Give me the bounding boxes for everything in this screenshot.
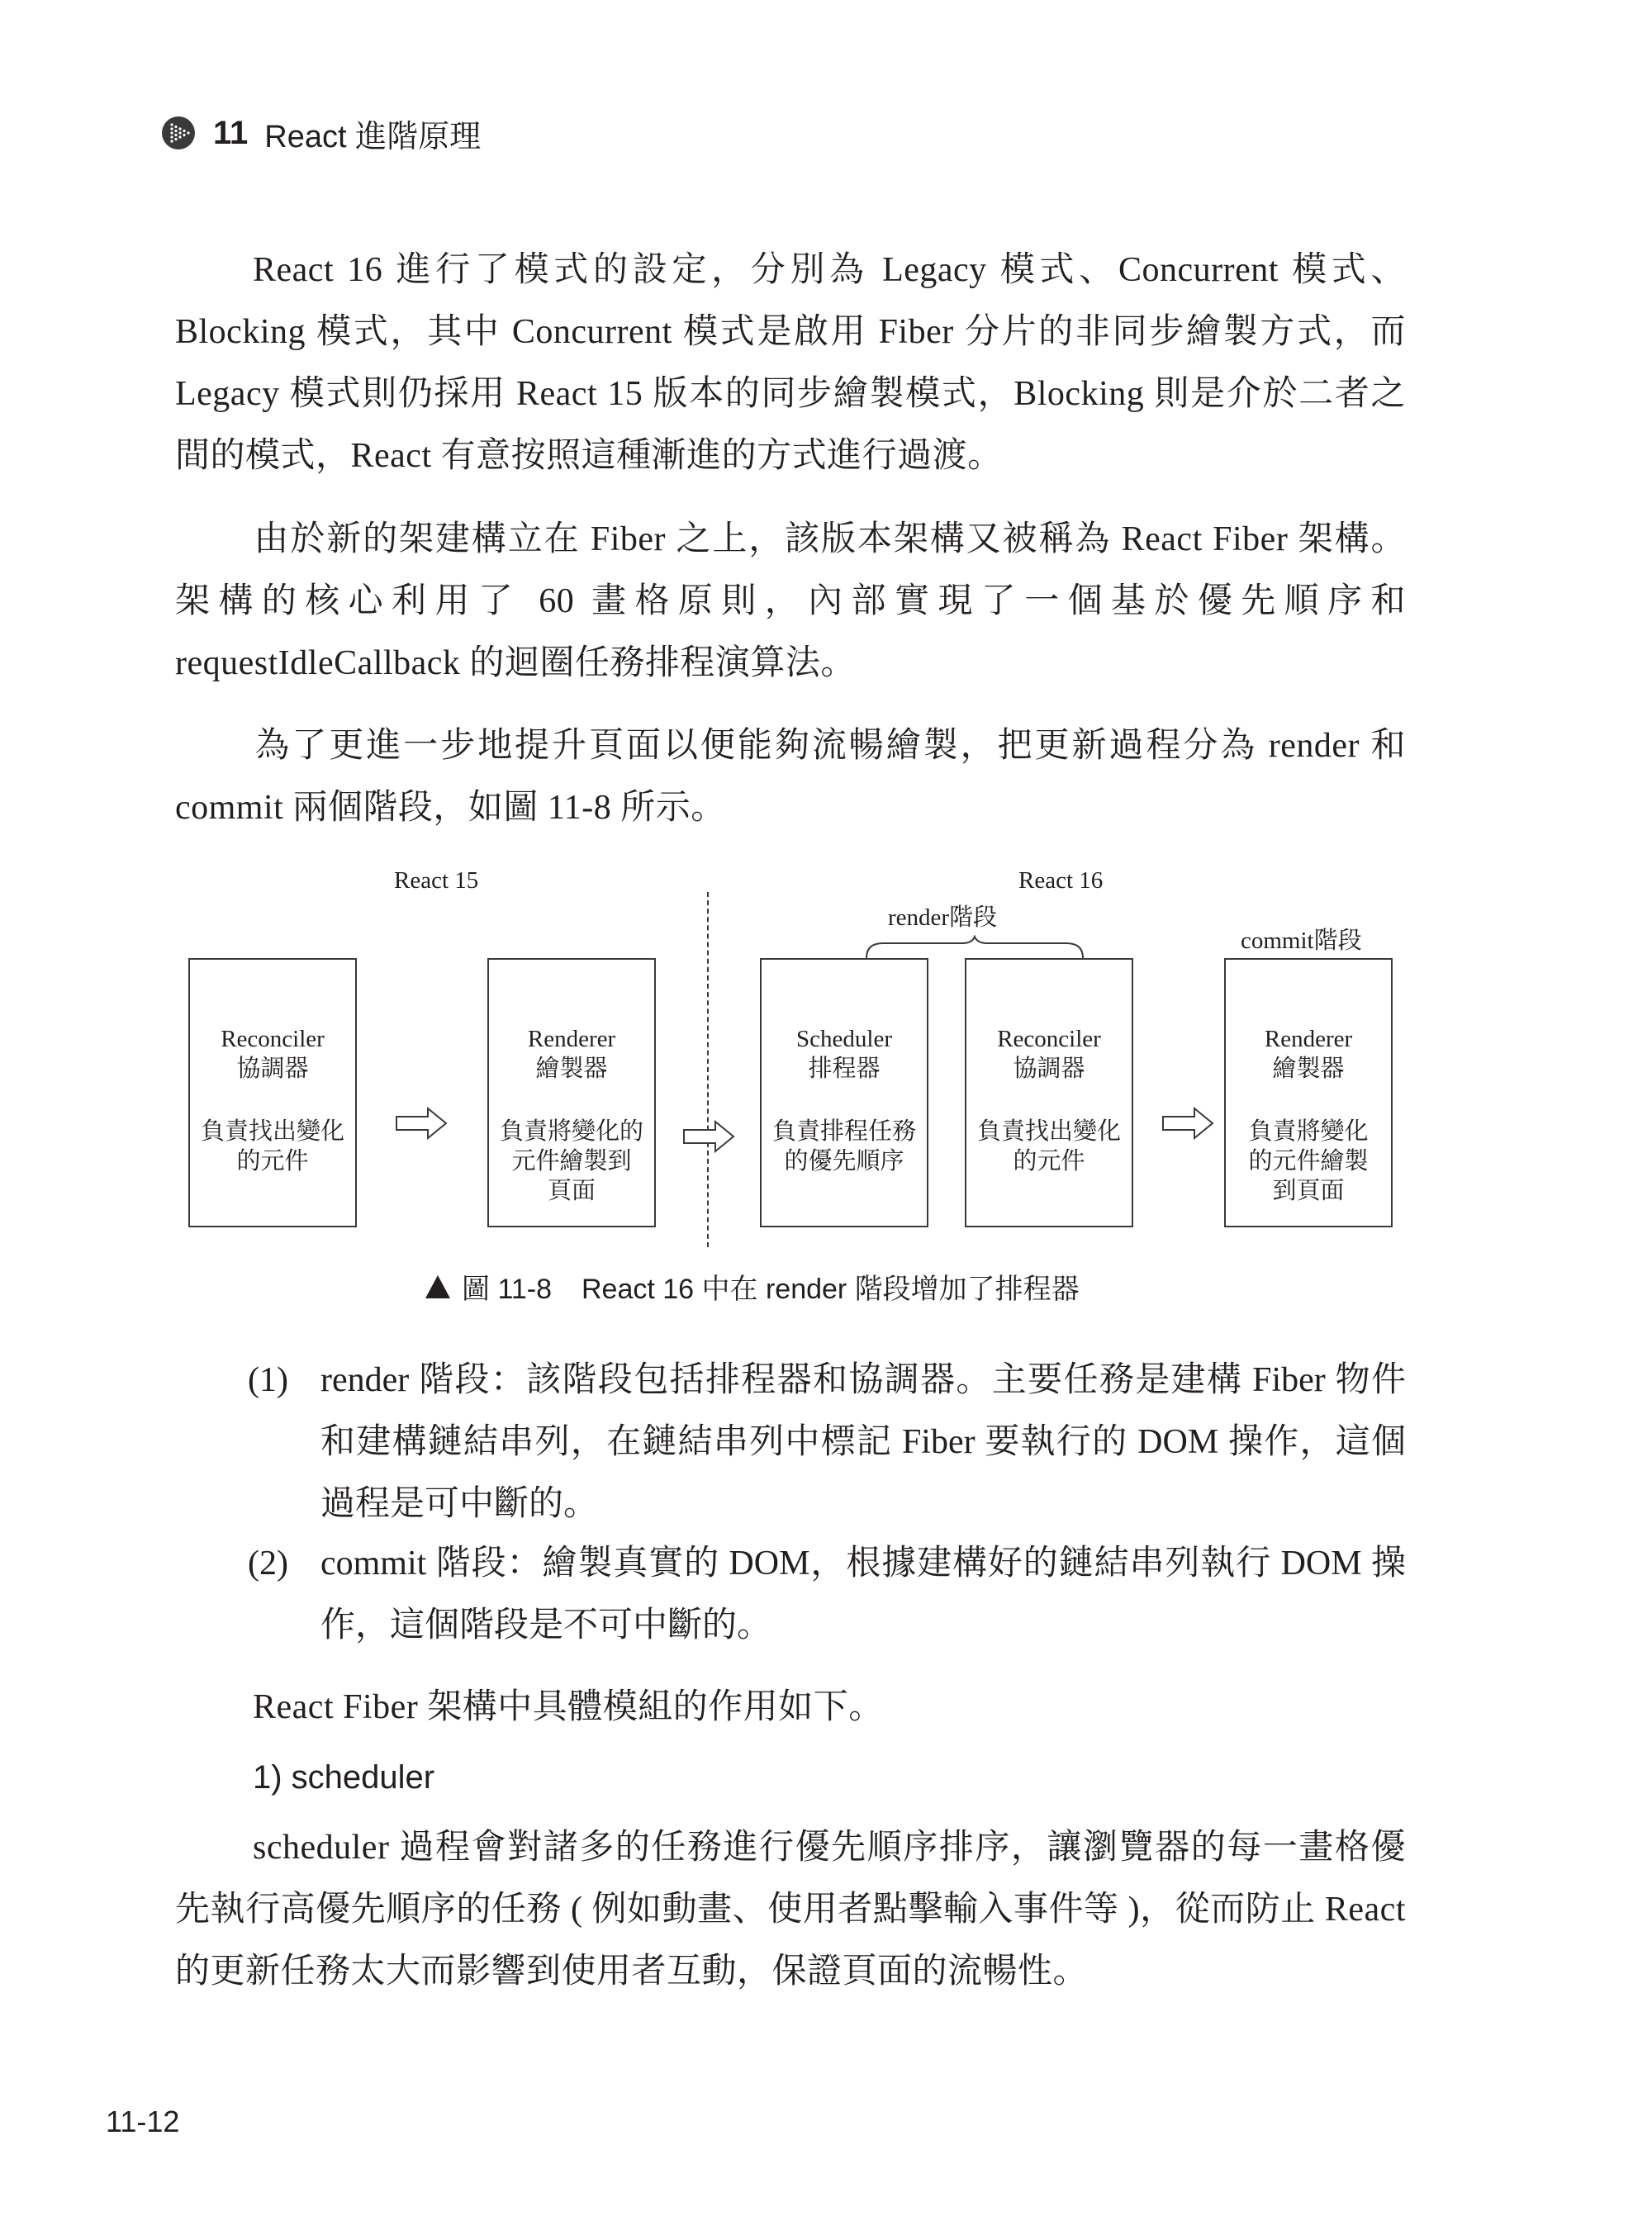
- label-render-phase: render階段: [888, 899, 997, 932]
- box-description: 負責將變化的元件繪製到頁面: [1226, 1117, 1391, 1206]
- box-subtitle: 協調器: [190, 1054, 355, 1084]
- play-dots-icon: [162, 116, 195, 149]
- label-react16: React 16: [1018, 867, 1103, 894]
- version-divider: [707, 892, 709, 1247]
- label-react15: React 15: [394, 867, 478, 894]
- subsection-heading: 1) scheduler: [253, 1759, 434, 1796]
- paragraph-text: React 16 進行了模式的設定，分別為 Legacy 模式、Concurre…: [175, 251, 1406, 475]
- list-text: render 階段：該階段包括排程器和協調器。主要任務是建構 Fiber 物件和…: [320, 1350, 1406, 1535]
- paragraph-modules-intro: React Fiber 架構中具體模組的作用如下。: [253, 1677, 1406, 1739]
- list-number: (2): [248, 1533, 288, 1595]
- paragraph-scheduler: scheduler 過程會對諸多的任務進行優先順序排序，讓瀏覽器的每一畫格優先執…: [175, 1817, 1406, 2003]
- figure-caption: 圖 11-8 React 16 中在 render 階段增加了排程器: [425, 1266, 1080, 1307]
- chapter-title: React 進階原理: [264, 111, 481, 156]
- paragraph-text: scheduler 過程會對諸多的任務進行優先順序排序，讓瀏覽器的每一畫格優先執…: [175, 1829, 1406, 1991]
- list-item-render-phase: (1) render 階段：該階段包括排程器和協調器。主要任務是建構 Fiber…: [248, 1350, 1406, 1535]
- list-number: (1): [248, 1350, 288, 1412]
- label-commit-phase: commit階段: [1241, 922, 1362, 956]
- box-reconciler-react15: Reconciler 協調器 負責找出變化的元件: [188, 958, 357, 1227]
- brace-icon: [865, 935, 1085, 960]
- chapter-number: 11: [213, 115, 248, 152]
- box-subtitle: 繪製器: [489, 1054, 654, 1084]
- box-description: 負責排程任務的優先順序: [762, 1117, 927, 1176]
- arrow-right-icon: [395, 1107, 448, 1140]
- arrow-right-icon: [682, 1120, 735, 1153]
- box-description: 負責找出變化的元件: [190, 1117, 355, 1176]
- box-title: Reconciler: [190, 1024, 355, 1054]
- box-subtitle: 排程器: [762, 1054, 927, 1084]
- page-number: 11-12: [106, 2105, 179, 2139]
- box-title: Reconciler: [966, 1024, 1132, 1054]
- paragraph-fiber-architecture: 由於新的架建構立在 Fiber 之上，該版本架構又被稱為 React Fiber…: [175, 509, 1406, 695]
- arrow-right-icon: [1161, 1107, 1214, 1140]
- chapter-header: 11 React 進階原理: [162, 112, 481, 154]
- box-scheduler-react16: Scheduler 排程器 負責排程任務的優先順序: [760, 958, 928, 1227]
- box-subtitle: 協調器: [966, 1054, 1132, 1084]
- box-renderer-react15: Renderer 繪製器 負責將變化的元件繪製到頁面: [487, 958, 656, 1227]
- paragraph-text: 為了更進一步地提升頁面以便能夠流暢繪製，把更新過程分為 render 和 com…: [175, 727, 1406, 827]
- box-reconciler-react16: Reconciler 協調器 負責找出變化的元件: [965, 958, 1133, 1227]
- box-title: Renderer: [1226, 1024, 1391, 1054]
- figure-react-phases: React 15 React 16 render階段 commit階段 Reco…: [175, 859, 1406, 1255]
- box-description: 負責將變化的元件繪製到頁面: [489, 1117, 654, 1206]
- paragraph-modes: React 16 進行了模式的設定，分別為 Legacy 模式、Concurre…: [175, 240, 1406, 487]
- box-title: Scheduler: [762, 1024, 927, 1054]
- caption-text: React 16 中在 render 階段增加了排程器: [582, 1266, 1080, 1307]
- list-text: commit 階段：繪製真實的 DOM，根據建構好的鏈結串列執行 DOM 操作，…: [320, 1533, 1406, 1657]
- figure-number: 圖 11-8: [462, 1266, 552, 1307]
- list-item-commit-phase: (2) commit 階段：繪製真實的 DOM，根據建構好的鏈結串列執行 DOM…: [248, 1533, 1406, 1657]
- box-title: Renderer: [489, 1024, 654, 1054]
- paragraph-text: 由於新的架建構立在 Fiber 之上，該版本架構又被稱為 React Fiber…: [175, 520, 1406, 682]
- triangle-marker-icon: [425, 1275, 450, 1298]
- box-renderer-react16: Renderer 繪製器 負責將變化的元件繪製到頁面: [1224, 958, 1393, 1227]
- box-subtitle: 繪製器: [1226, 1054, 1391, 1084]
- paragraph-phases-intro: 為了更進一步地提升頁面以便能夠流暢繪製，把更新過程分為 render 和 com…: [175, 715, 1406, 839]
- box-description: 負責找出變化的元件: [966, 1117, 1132, 1176]
